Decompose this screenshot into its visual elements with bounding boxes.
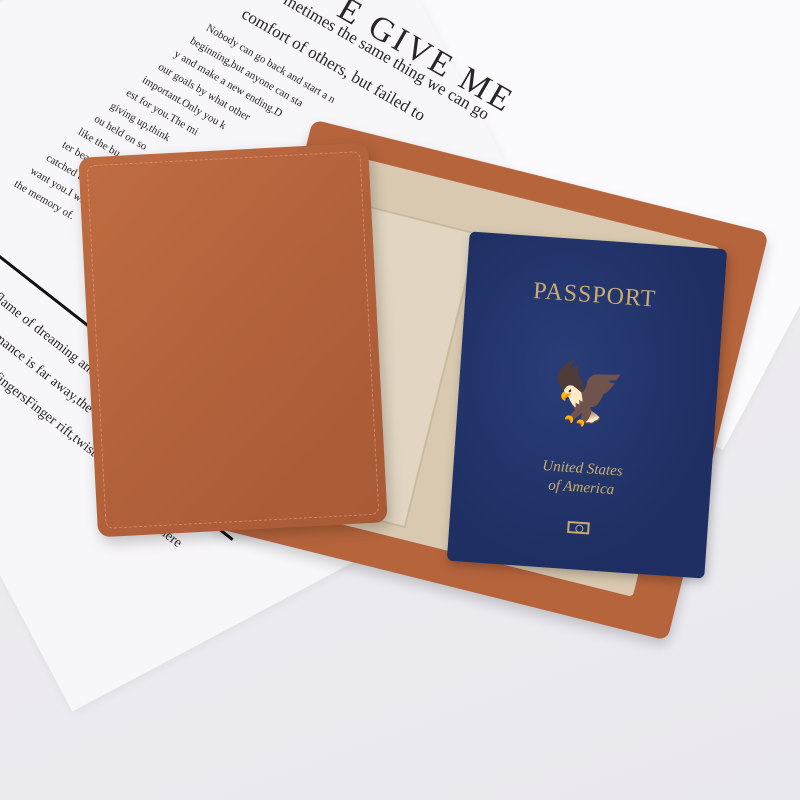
passport-country: United States of America	[452, 451, 712, 507]
holder-front-cover	[78, 143, 387, 538]
eagle-seal-icon: 🦅	[540, 347, 636, 443]
passport-title: PASSPORT	[465, 273, 724, 318]
chip-icon	[567, 521, 590, 535]
passport-booklet: PASSPORT 🦅 United States of America	[447, 231, 727, 578]
stitching	[87, 151, 380, 529]
